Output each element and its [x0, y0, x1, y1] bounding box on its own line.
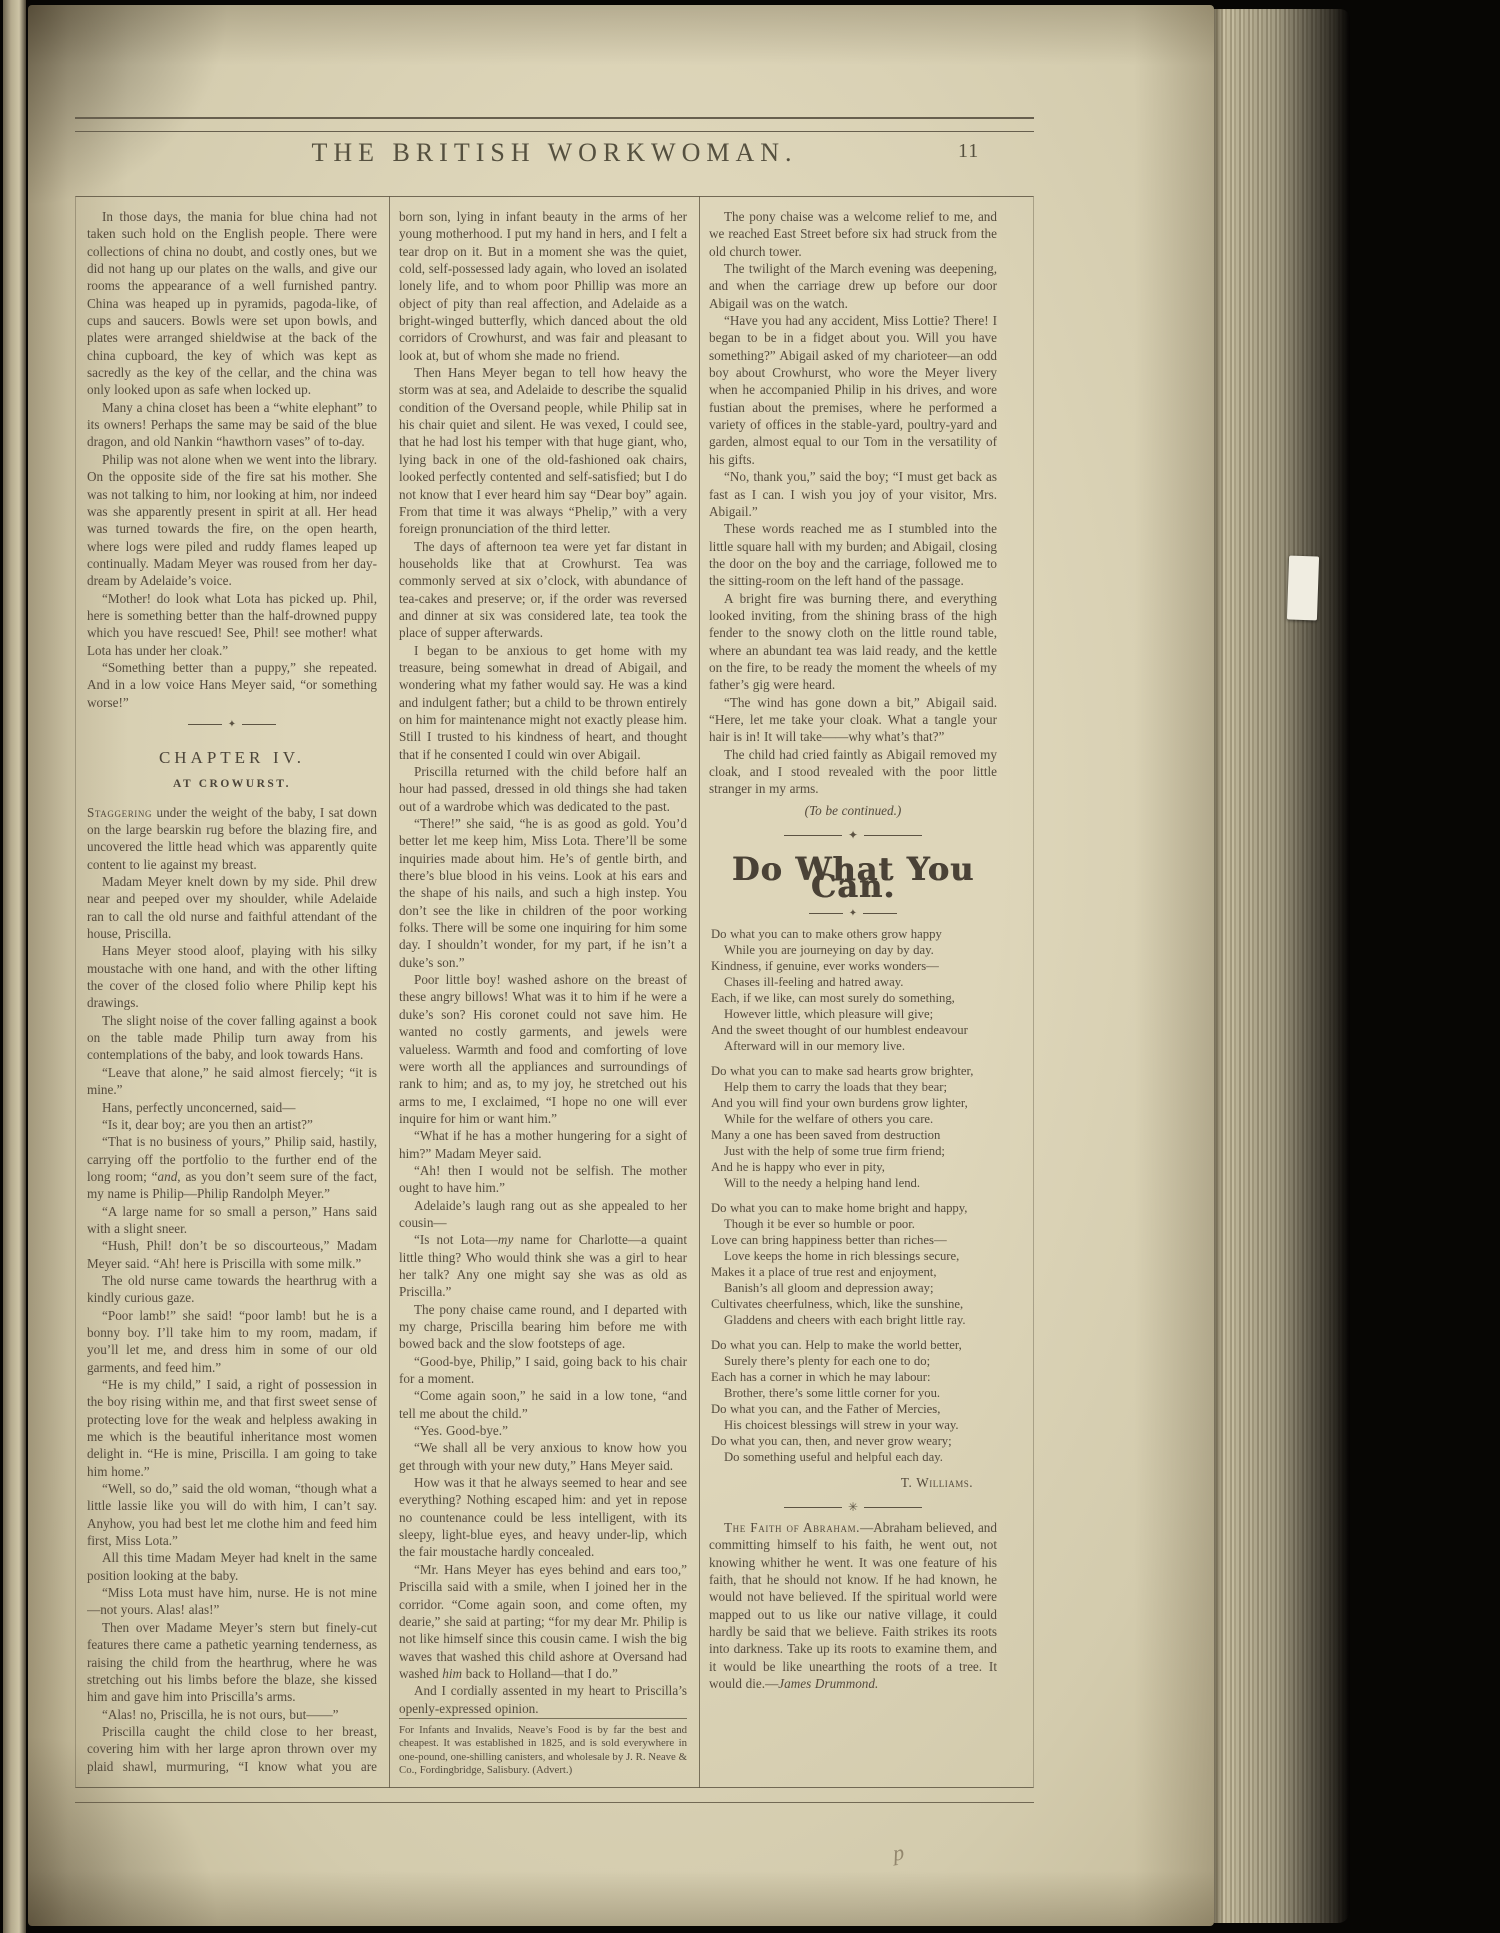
scanned-page-photo: THE BRITISH WORKWOMAN. 11 In those days,… — [0, 0, 1500, 1933]
poem-line: Banish’s all gloom and depression away; — [711, 1280, 997, 1296]
chapter-heading: CHAPTER IV. — [87, 749, 377, 766]
column-1: In those days, the mania for blue china … — [87, 208, 377, 1778]
text-run: Priscilla caught the child close to her … — [87, 1724, 377, 1778]
poem-line: Will to the needy a helping hand lend. — [711, 1175, 997, 1191]
text-run: “There!” she said, “he is as good as gol… — [399, 816, 687, 970]
text-run: “A large name for so small a person,” Ha… — [87, 1204, 377, 1236]
poem-line: Do what you can to make home bright and … — [711, 1200, 997, 1216]
text-run: —Abraham believed, and committing himsel… — [709, 1520, 997, 1691]
text-run: Do what you can to make home bright and … — [711, 1201, 967, 1215]
text-run: In those days, the mania for blue china … — [87, 209, 377, 397]
paragraph: A bright fire was burning there, and eve… — [709, 590, 997, 694]
paper-tab — [1287, 555, 1319, 620]
poem-line: Do what you can, and the Father of Merci… — [711, 1401, 997, 1417]
poem-stanza: Do what you can to make home bright and … — [711, 1200, 997, 1328]
text-run: Cultivates cheerfulness, which, like the… — [711, 1297, 963, 1311]
text-run: “Yes. Good-bye.” — [414, 1423, 508, 1438]
text-run: While you are journeying on day by day. — [724, 943, 934, 957]
column-rule-1 — [389, 196, 390, 1788]
poem-line: However little, which pleasure will give… — [711, 1006, 997, 1022]
poem-line: Brother, there’s some little corner for … — [711, 1385, 997, 1401]
paragraph: “There!” she said, “he is as good as gol… — [399, 815, 687, 971]
paragraph: Adelaide’s laugh rang out as she appeale… — [399, 1197, 687, 1232]
paragraph: The pony chaise came round, and I depart… — [399, 1301, 687, 1353]
text-run: “Ah! then I would not be selfish. The mo… — [399, 1163, 687, 1195]
text-run: Poor little boy! washed ashore on the br… — [399, 972, 687, 1126]
text-run: “He is my child,” I said, a right of pos… — [87, 1377, 377, 1479]
paragraph: These words reached me as I stumbled int… — [709, 520, 997, 589]
ornamental-divider: ✦ — [87, 720, 377, 730]
divider-line — [863, 913, 897, 914]
text-run: The child had cried faintly as Abigail r… — [709, 747, 997, 797]
text-run: “Mr. Hans Meyer has eyes behind and ears… — [399, 1562, 687, 1681]
poem-line: Do what you can, then, and never grow we… — [711, 1433, 997, 1449]
paragraph: Priscilla returned with the child before… — [399, 763, 687, 815]
paragraph: “What if he has a mother hungering for a… — [399, 1127, 687, 1162]
text-run: The days of afternoon tea were yet far d… — [399, 539, 687, 641]
continuation-note: (To be continued.) — [709, 802, 997, 819]
poem-line: Makes it a place of true rest and enjoym… — [711, 1264, 997, 1280]
poem-stanza: Do what you can to make sad hearts grow … — [711, 1063, 997, 1191]
text-run: The pony chaise came round, and I depart… — [399, 1302, 687, 1352]
text-run: Though it be ever so humble or poor. — [724, 1217, 915, 1231]
text-run: However little, which pleasure will give… — [724, 1007, 933, 1021]
poem-line: Chases ill-feeling and hatred away. — [711, 974, 997, 990]
text-run: The slight noise of the cover falling ag… — [87, 1013, 377, 1063]
poem-line: Each, if we like, can most surely do som… — [711, 990, 997, 1006]
adjacent-page-edge — [3, 0, 26, 1933]
italic-text: and — [158, 1169, 178, 1184]
text-run: Priscilla returned with the child before… — [399, 764, 687, 814]
text-run: The pony chaise was a welcome relief to … — [709, 209, 997, 259]
ornamental-divider: ✦ — [709, 830, 997, 840]
paragraph: Priscilla caught the child close to her … — [87, 1723, 377, 1778]
text-run: The twilight of the March evening was de… — [709, 261, 997, 311]
text-run: Do something useful and helpful each day… — [724, 1450, 943, 1464]
paragraph: “Miss Lota must have him, nurse. He is n… — [87, 1584, 377, 1619]
text-run: “Miss Lota must have him, nurse. He is n… — [87, 1585, 377, 1617]
text-run: Gladdens and cheers with each bright lit… — [724, 1313, 966, 1327]
paragraph: “Mother! do look what Lota has picked up… — [87, 590, 377, 659]
book-fore-edge — [1214, 9, 1350, 1923]
text-run: His choicest blessings will strew in you… — [724, 1418, 959, 1432]
divider-ornament-icon: ✳ — [848, 1502, 858, 1512]
paragraph: Staggering under the weight of the baby,… — [87, 804, 377, 873]
poem-line: Love keeps the home in rich blessings se… — [711, 1248, 997, 1264]
poem-line: Afterward will in our memory live. — [711, 1038, 997, 1054]
poem-line: While for the welfare of others you care… — [711, 1111, 997, 1127]
paragraph: “Is not Lota—my name for Charlotte—a qua… — [399, 1231, 687, 1300]
text-run: Then over Madame Meyer’s stern but finel… — [87, 1620, 377, 1704]
paragraph: How was it that he always seemed to hear… — [399, 1474, 687, 1561]
text-run: Do what you can, then, and never grow we… — [711, 1434, 952, 1448]
paragraph: The twilight of the March evening was de… — [709, 260, 997, 312]
ornamental-divider: ✳ — [709, 1502, 997, 1512]
paragraph: “We shall all be very anxious to know ho… — [399, 1439, 687, 1474]
poem-line: While you are journeying on day by day. — [711, 942, 997, 958]
text-run: Makes it a place of true rest and enjoym… — [711, 1265, 937, 1279]
text-run: These words reached me as I stumbled int… — [709, 521, 997, 588]
paragraph: The slight noise of the cover falling ag… — [87, 1012, 377, 1064]
paragraph: Madam Meyer knelt down by my side. Phil … — [87, 873, 377, 942]
poem-line: Help them to carry the loads that they b… — [711, 1079, 997, 1095]
article-title: Do What You Can. — [709, 861, 997, 896]
divider-line — [864, 1507, 922, 1508]
smallcaps-lead: Staggering — [87, 805, 152, 820]
poem-line: Surely there’s plenty for each one to do… — [711, 1353, 997, 1369]
text-run: “Well, so do,” said the old woman, “thou… — [87, 1481, 377, 1548]
paragraph: “Ah! then I would not be selfish. The mo… — [399, 1162, 687, 1197]
publication-title: THE BRITISH WORKWOMAN. — [75, 138, 1034, 168]
text-run: Adelaide’s laugh rang out as she appeale… — [399, 1198, 687, 1230]
paragraph: “That is no business of yours,” Philip s… — [87, 1133, 377, 1202]
poem-line: Do what you can. Help to make the world … — [711, 1337, 997, 1353]
text-run: “The wind has gone down a bit,” Abigail … — [709, 695, 997, 745]
text-run: “Hush, Phil! don’t be so discourteous,” … — [87, 1238, 377, 1270]
text-run: Hans Meyer stood aloof, playing with his… — [87, 943, 377, 1010]
text-run: And he is happy who ever in pity, — [711, 1160, 885, 1174]
text-run: “What if he has a mother hungering for a… — [399, 1128, 687, 1160]
text-run: Madam Meyer knelt down by my side. Phil … — [87, 874, 377, 941]
header-rule-top — [75, 117, 1034, 119]
text-run: Brother, there’s some little corner for … — [724, 1386, 940, 1400]
text-run: Do what you can, and the Father of Merci… — [711, 1402, 940, 1416]
divider-ornament-icon: ✦ — [228, 720, 236, 730]
text-run: Surely there’s plenty for each one to do… — [724, 1354, 930, 1368]
paragraph: “Alas! no, Priscilla, he is not ours, bu… — [87, 1706, 377, 1723]
poem-line: Many a one has been saved from destructi… — [711, 1127, 997, 1143]
italic-text: him — [442, 1666, 462, 1681]
paragraph: Hans, perfectly unconcerned, said— — [87, 1099, 377, 1116]
poem-line: Do what you can to make sad hearts grow … — [711, 1063, 997, 1079]
paragraph: The old nurse came towards the hearthrug… — [87, 1272, 377, 1307]
column-2: born son, lying in infant beauty in the … — [399, 208, 687, 1778]
paragraph: “Is it, dear boy; are you then an artist… — [87, 1116, 377, 1133]
text-run: Love keeps the home in rich blessings se… — [724, 1249, 959, 1263]
paragraph: “The wind has gone down a bit,” Abigail … — [709, 694, 997, 746]
text-run: Many a one has been saved from destructi… — [711, 1128, 940, 1142]
text-run: A bright fire was burning there, and eve… — [709, 591, 997, 693]
text-run: “Alas! no, Priscilla, he is not ours, bu… — [102, 1707, 338, 1722]
author-signature: T. Williams. — [709, 1474, 997, 1491]
header-rule-bottom — [75, 131, 1034, 132]
text-run: All this time Madam Meyer had knelt in t… — [87, 1550, 377, 1582]
italic-text: James Drummond. — [778, 1676, 878, 1691]
paragraph: In those days, the mania for blue china … — [87, 208, 377, 399]
paragraph: Philip was not alone when we went into t… — [87, 451, 377, 590]
text-run: Help them to carry the loads that they b… — [724, 1080, 947, 1094]
divider-ornament-icon: ✦ — [848, 830, 858, 840]
text-run: Each has a corner in which he may labour… — [711, 1370, 931, 1384]
text-run: Then Hans Meyer began to tell how heavy … — [399, 365, 687, 536]
text-run: And I cordially assented in my heart to … — [399, 1683, 687, 1715]
ornamental-divider: ✦ — [709, 909, 997, 919]
text-run: Afterward will in our memory live. — [724, 1039, 905, 1053]
text-run: And the sweet thought of our humblest en… — [711, 1023, 968, 1037]
paragraph: “Poor lamb!” she said! “poor lamb! but h… — [87, 1307, 377, 1376]
paragraph: “Well, so do,” said the old woman, “thou… — [87, 1480, 377, 1549]
paragraph: Poor little boy! washed ashore on the br… — [399, 971, 687, 1127]
column-3: The pony chaise was a welcome relief to … — [709, 208, 997, 1778]
text-run: “We shall all be very anxious to know ho… — [399, 1440, 687, 1472]
poem-line: And he is happy who ever in pity, — [711, 1159, 997, 1175]
text-run: Banish’s all gloom and depression away; — [724, 1281, 934, 1295]
paragraph: The child had cried faintly as Abigail r… — [709, 746, 997, 798]
text-run: “Poor lamb!” she said! “poor lamb! but h… — [87, 1308, 377, 1375]
poem-line: Do something useful and helpful each day… — [711, 1449, 997, 1465]
poem-line: And you will find your own burdens grow … — [711, 1095, 997, 1111]
divider-line — [242, 724, 276, 725]
text-run: Do what you can. Help to make the world … — [711, 1338, 962, 1352]
text-run: “Mother! do look what Lota has picked up… — [87, 591, 377, 658]
poem-line: Just with the help of some true firm fri… — [711, 1143, 997, 1159]
divider-line — [864, 835, 922, 836]
text-run: I began to be anxious to get home with m… — [399, 643, 687, 762]
text-run: Many a china closet has been a “white el… — [87, 400, 377, 450]
poem-line: Each has a corner in which he may labour… — [711, 1369, 997, 1385]
poem-line: His choicest blessings will strew in you… — [711, 1417, 997, 1433]
paragraph: The pony chaise was a welcome relief to … — [709, 208, 997, 260]
advertisement: For Infants and Invalids, Neave’s Food i… — [399, 1718, 687, 1778]
paragraph: Many a china closet has been a “white el… — [87, 399, 377, 451]
column-rule-2 — [699, 196, 700, 1788]
text-run: Kindness, if genuine, ever works wonders… — [711, 959, 939, 973]
text-run: While for the welfare of others you care… — [724, 1112, 933, 1126]
poem-line: Love can bring happiness better than ric… — [711, 1232, 997, 1248]
divider-line — [784, 1507, 842, 1508]
poem-stanza: Do what you can. Help to make the world … — [711, 1337, 997, 1465]
text-run: (To be continued.) — [805, 803, 902, 818]
text-run: How was it that he always seemed to hear… — [399, 1475, 687, 1559]
divider-ornament-icon: ✦ — [849, 909, 857, 919]
text-run: “Come again soon,” he said in a low tone… — [399, 1388, 687, 1420]
text-run: Do what you can to make others grow happ… — [711, 927, 942, 941]
paragraph: “A large name for so small a person,” Ha… — [87, 1203, 377, 1238]
text-run: Just with the help of some true firm fri… — [724, 1144, 945, 1158]
paragraph: The days of afternoon tea were yet far d… — [399, 538, 687, 642]
paragraph: “Hush, Phil! don’t be so discourteous,” … — [87, 1237, 377, 1272]
paragraph: “No, thank you,” said the boy; “I must g… — [709, 468, 997, 520]
text-run: Do what you can to make sad hearts grow … — [711, 1064, 973, 1078]
paragraph: Then over Madame Meyer’s stern but finel… — [87, 1619, 377, 1706]
text-run: And you will find your own burdens grow … — [711, 1096, 968, 1110]
text-run: born son, lying in infant beauty in the … — [399, 209, 687, 363]
paragraph: The Faith of Abraham.—Abraham believed, … — [709, 1519, 997, 1692]
paragraph: “He is my child,” I said, a right of pos… — [87, 1376, 377, 1480]
text-run: For Infants and Invalids, Neave’s Food i… — [399, 1724, 687, 1777]
poem-line: Kindness, if genuine, ever works wonders… — [711, 958, 997, 974]
divider-line — [188, 724, 222, 725]
poem-stanza: Do what you can to make others grow happ… — [711, 926, 997, 1054]
text-run: “Is not Lota— — [414, 1232, 498, 1247]
smallcaps-lead: The Faith of Abraham. — [724, 1520, 860, 1535]
bottom-rule — [75, 1802, 1034, 1803]
text-run: Will to the needy a helping hand lend. — [724, 1176, 920, 1190]
text-run: “Something better than a puppy,” she rep… — [87, 660, 377, 710]
poem-line: Cultivates cheerfulness, which, like the… — [711, 1296, 997, 1312]
divider-line — [809, 913, 843, 914]
page-number: 11 — [958, 140, 1028, 163]
poem-line: Do what you can to make others grow happ… — [711, 926, 997, 942]
paragraph: And I cordially assented in my heart to … — [399, 1682, 687, 1717]
paragraph: “Come again soon,” he said in a low tone… — [399, 1387, 687, 1422]
divider-line — [784, 835, 842, 836]
paragraph: I began to be anxious to get home with m… — [399, 642, 687, 763]
poem-line: And the sweet thought of our humblest en… — [711, 1022, 997, 1038]
text-run: “Have you had any accident, Miss Lottie?… — [709, 313, 997, 467]
paragraph: “Good-bye, Philip,” I said, going back t… — [399, 1353, 687, 1388]
poem-line: Though it be ever so humble or poor. — [711, 1216, 997, 1232]
paragraph: “Leave that alone,” he said almost fierc… — [87, 1064, 377, 1099]
paragraph: “Yes. Good-bye.” — [399, 1422, 687, 1439]
text-run: The old nurse came towards the hearthrug… — [87, 1273, 377, 1305]
paragraph: “Have you had any accident, Miss Lottie?… — [709, 312, 997, 468]
text-run: Love can bring happiness better than ric… — [711, 1233, 947, 1247]
text-run: “Good-bye, Philip,” I said, going back t… — [399, 1354, 687, 1386]
paragraph: All this time Madam Meyer had knelt in t… — [87, 1549, 377, 1584]
text-run: Chases ill-feeling and hatred away. — [724, 975, 903, 989]
text-run: “No, thank you,” said the boy; “I must g… — [709, 469, 997, 519]
paragraph: born son, lying in infant beauty in the … — [399, 208, 687, 364]
text-run: Philip was not alone when we went into t… — [87, 452, 377, 588]
section-heading: AT CROWURST. — [87, 776, 377, 793]
text-run: Hans, perfectly unconcerned, said— — [102, 1100, 295, 1115]
paragraph: “Mr. Hans Meyer has eyes behind and ears… — [399, 1561, 687, 1682]
paragraph: Then Hans Meyer began to tell how heavy … — [399, 364, 687, 537]
poem-line: Gladdens and cheers with each bright lit… — [711, 1312, 997, 1328]
text-run: back to Holland—that I do.” — [462, 1666, 618, 1681]
paragraph: “Something better than a puppy,” she rep… — [87, 659, 377, 711]
text-run: “Leave that alone,” he said almost fierc… — [87, 1065, 377, 1097]
paragraph: Hans Meyer stood aloof, playing with his… — [87, 942, 377, 1011]
italic-text: my — [498, 1232, 513, 1247]
text-run: Each, if we like, can most surely do som… — [711, 991, 955, 1005]
text-run: “Is it, dear boy; are you then an artist… — [102, 1117, 313, 1132]
